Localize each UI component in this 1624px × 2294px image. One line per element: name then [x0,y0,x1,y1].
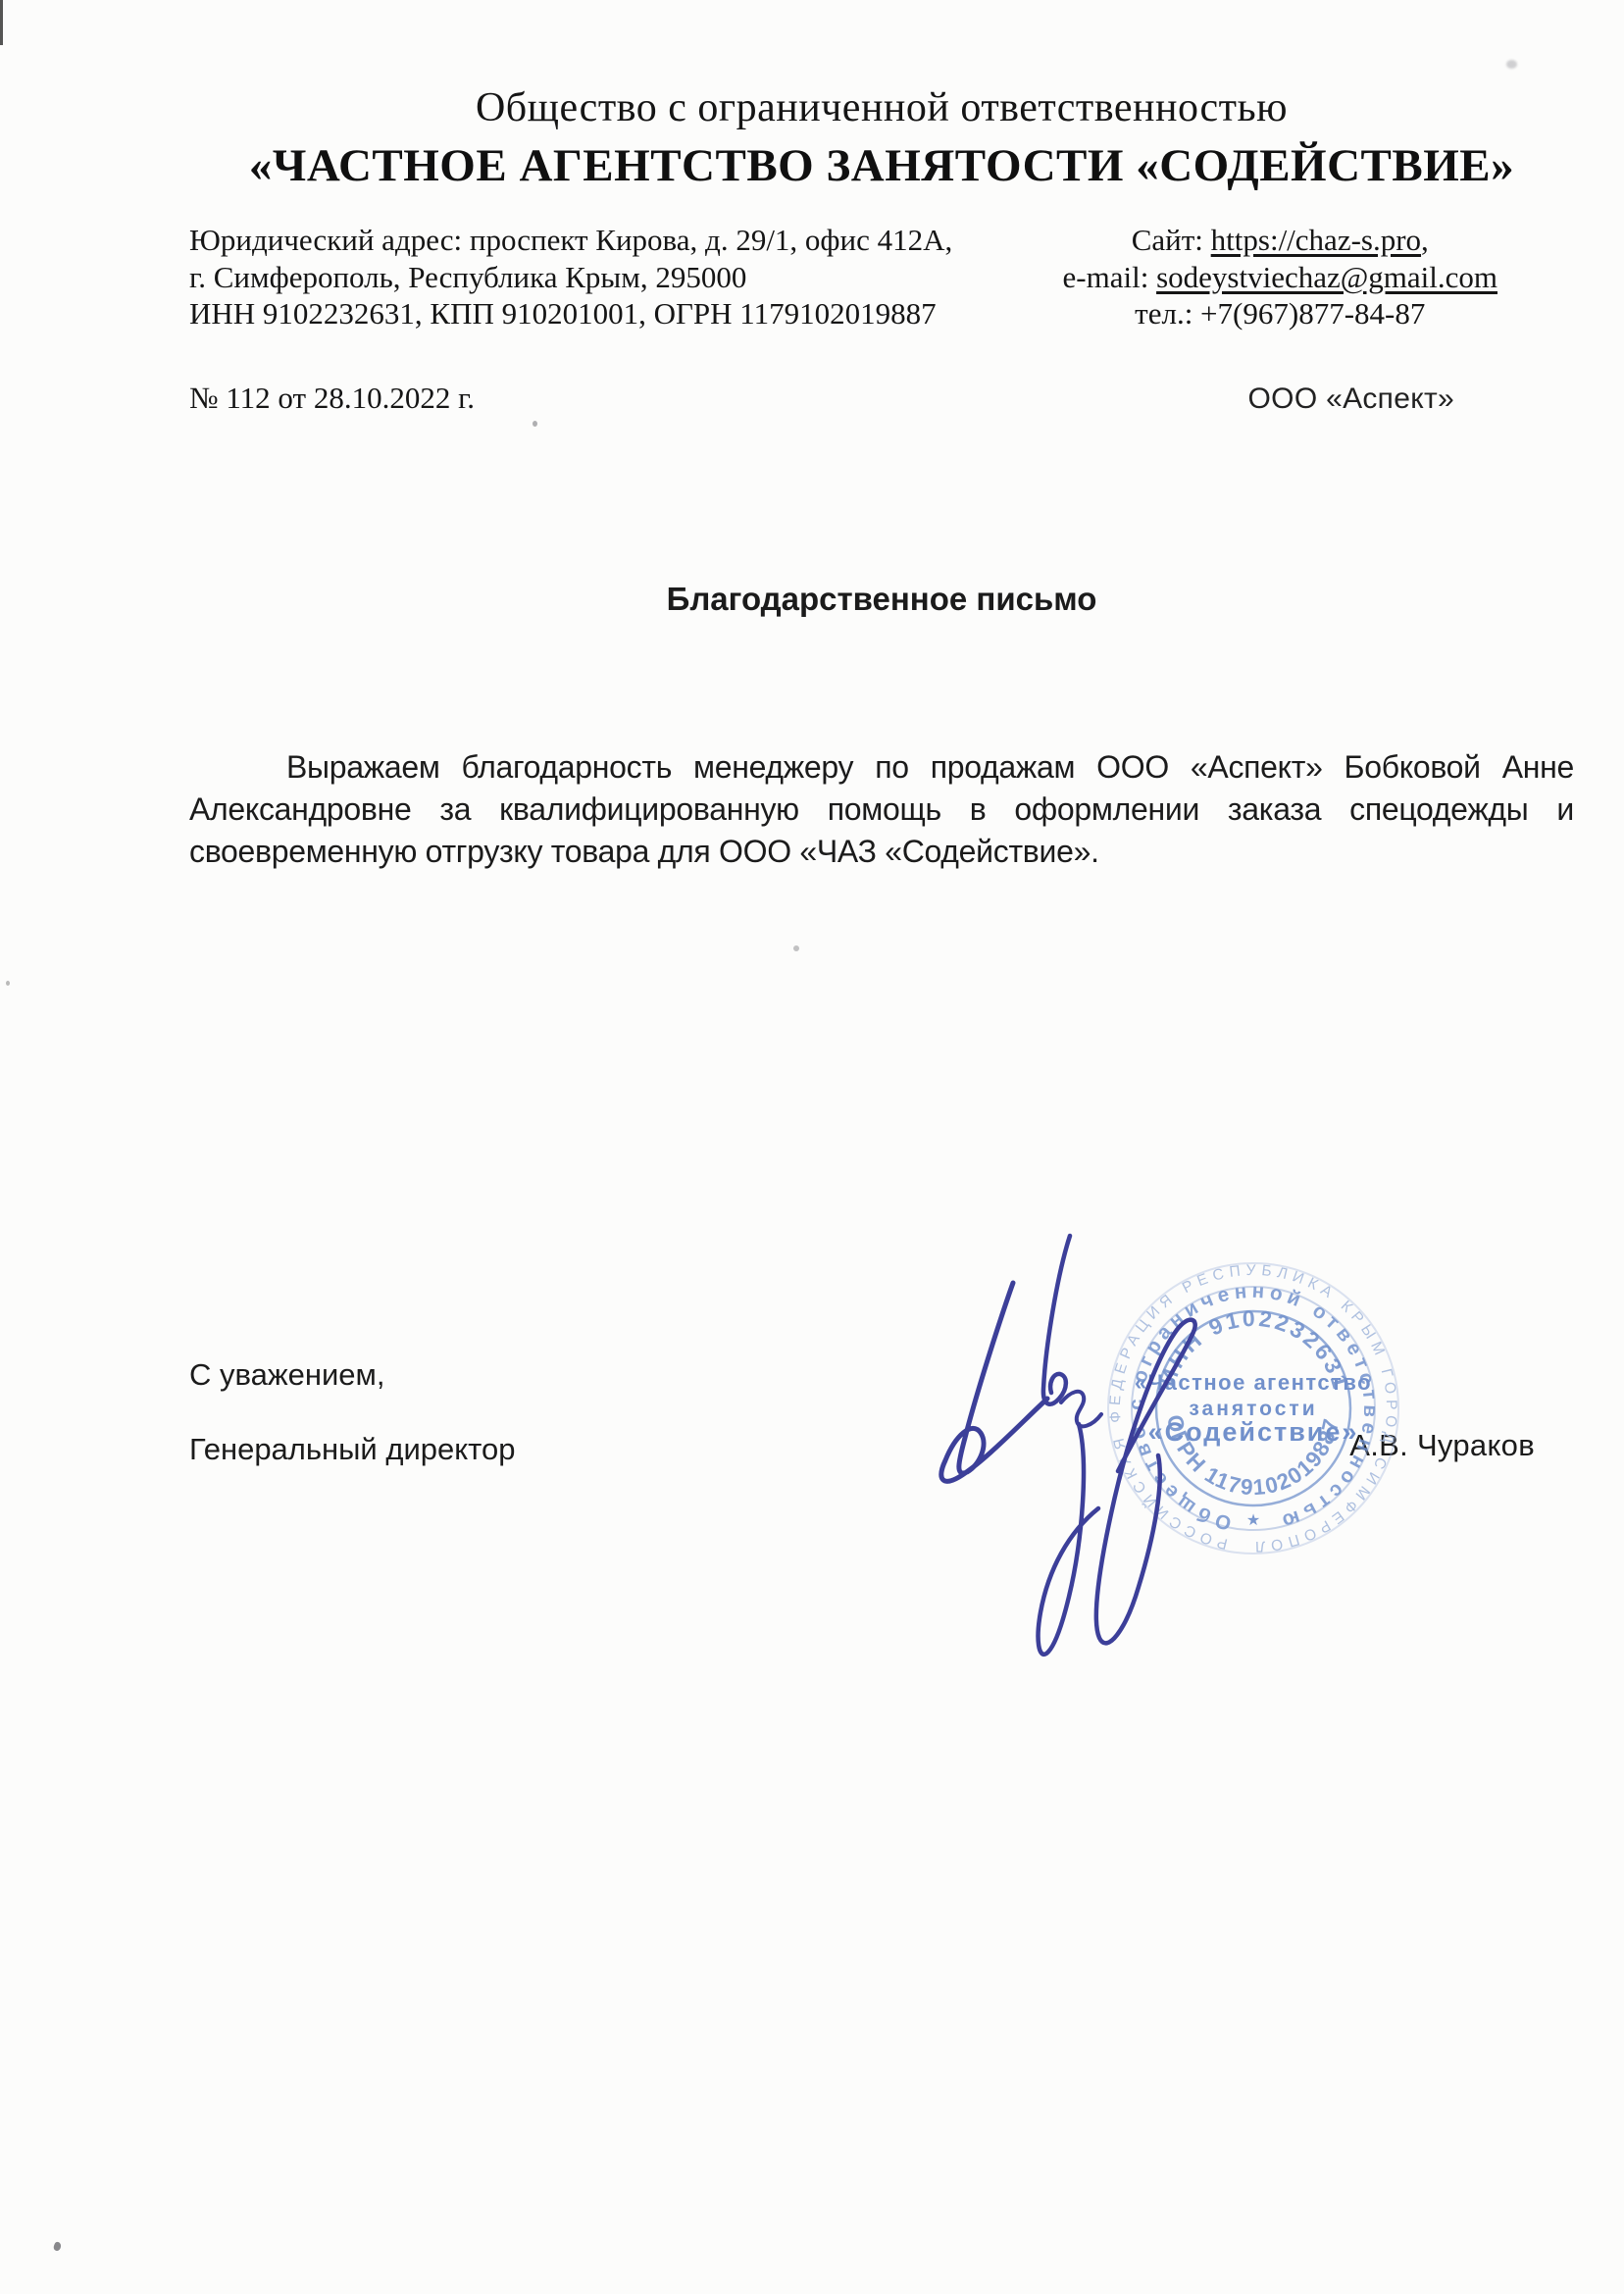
signer-position: Генеральный директор [189,1432,516,1467]
scan-speck [793,945,799,951]
contact-block: Сайт: https://chaz-s.pro, e-mail: sodeys… [1063,222,1497,332]
site-label: Сайт: [1132,223,1211,257]
scan-speck [533,421,537,427]
org-type-line: Общество с ограниченной ответственностью [189,82,1574,133]
scan-edge-artifact [0,0,3,45]
scan-speck [6,981,10,986]
closing-regards: С уважением, [189,1357,384,1393]
org-name-line: «ЧАСТНОЕ АГЕНТСТВО ЗАНЯТОСТИ «СОДЕЙСТВИЕ… [189,137,1574,194]
email-line: e-mail: sodeystviechaz@gmail.com [1063,259,1497,296]
doc-number-date: № 112 от 28.10.2022 г. [189,381,475,416]
scan-speck [53,2241,63,2252]
signature-stroke [941,1283,1047,1481]
site-link[interactable]: https://chaz-s.pro [1211,223,1421,257]
signature-stroke [1043,1236,1070,1404]
legal-address-line: Юридический адрес: проспект Кирова, д. 2… [189,222,952,259]
requisites-row: Юридический адрес: проспект Кирова, д. 2… [189,222,1574,332]
handwritten-signature [922,1216,1236,1697]
company-ids-line: ИНН 9102232631, КПП 910201001, ОГРН 1179… [189,295,952,332]
signature-stroke [1061,1392,1101,1427]
letter-title: Благодарственное письмо [189,581,1574,618]
email-link[interactable]: sodeystviechaz@gmail.com [1156,260,1497,294]
scan-speck [1506,60,1517,69]
site-suffix: , [1421,223,1429,257]
letter-body-paragraph: Выражаем благодарность менеджеру по прод… [189,746,1574,873]
signature-stroke [1096,1320,1195,1644]
email-label: e-mail: [1063,260,1157,294]
site-line: Сайт: https://chaz-s.pro, [1063,222,1497,259]
stamp-star: ★ [1246,1512,1260,1529]
reference-row: № 112 от 28.10.2022 г. ООО «Аспект» [189,381,1574,416]
recipient-name: ООО «Аспект» [1248,382,1454,416]
legal-address-block: Юридический адрес: проспект Кирова, д. 2… [189,222,952,332]
phone-line: тел.: +7(967)877-84-87 [1063,295,1497,332]
signature-stroke [1039,1424,1098,1655]
scanned-letter-page: Общество с ограниченной ответственностью… [0,0,1624,2294]
legal-address-line: г. Симферополь, Республика Крым, 295000 [189,259,952,296]
letterhead: Общество с ограниченной ответственностью… [189,82,1574,194]
